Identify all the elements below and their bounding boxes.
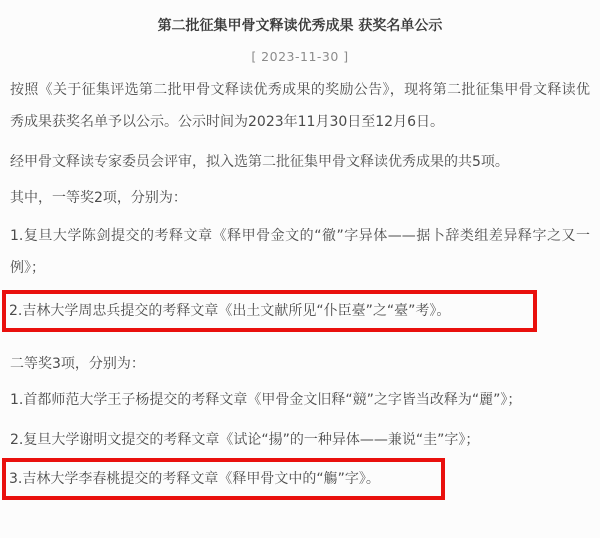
- second-prize-item-2: 2.复旦大学谢明文提交的考释文章《试论“揚”的一种异体——兼说“圭”字》；: [10, 424, 590, 456]
- second-prize-item-3: 3.吉林大学李春桃提交的考释文章《释甲骨文中的“觴”字》。: [9, 467, 433, 491]
- second-prize-heading: 二等奖3项，分别为：: [10, 348, 590, 380]
- second-prize-item-1: 1.首都师范大学王子杨提交的考释文章《甲骨金文旧释“競”之字皆当改释为“麗”》；: [10, 384, 590, 416]
- publish-date: [ 2023-11-30 ]: [10, 48, 590, 66]
- first-prize-item-2: 2.吉林大学周忠兵提交的考释文章《出土文献所见“仆臣臺”之“臺”考》。: [9, 299, 525, 323]
- first-prize-item-1: 1.复旦大学陈剑提交的考释文章《释甲骨金文的“徹”字异体——据卜辞类组差异释字之…: [10, 220, 590, 284]
- page-title: 第二批征集甲骨文释读优秀成果 获奖名单公示: [10, 16, 590, 36]
- highlight-box-second-prize-item-3: 3.吉林大学李春桃提交的考释文章《释甲骨文中的“觴”字》。: [2, 458, 445, 500]
- announcement-page: 第二批征集甲骨文释读优秀成果 获奖名单公示 [ 2023-11-30 ] 按照《…: [0, 0, 600, 538]
- first-prize-heading: 其中，一等奖2项，分别为：: [10, 182, 590, 214]
- highlight-box-first-prize-item-2: 2.吉林大学周忠兵提交的考释文章《出土文献所见“仆臣臺”之“臺”考》。: [2, 290, 537, 332]
- intro-paragraph: 按照《关于征集评选第二批甲骨文释读优秀成果的奖励公告》，现将第二批征集甲骨文释读…: [10, 74, 590, 138]
- review-paragraph: 经甲骨文释读专家委员会评审，拟入选第二批征集甲骨文释读优秀成果的共5项。: [10, 146, 590, 178]
